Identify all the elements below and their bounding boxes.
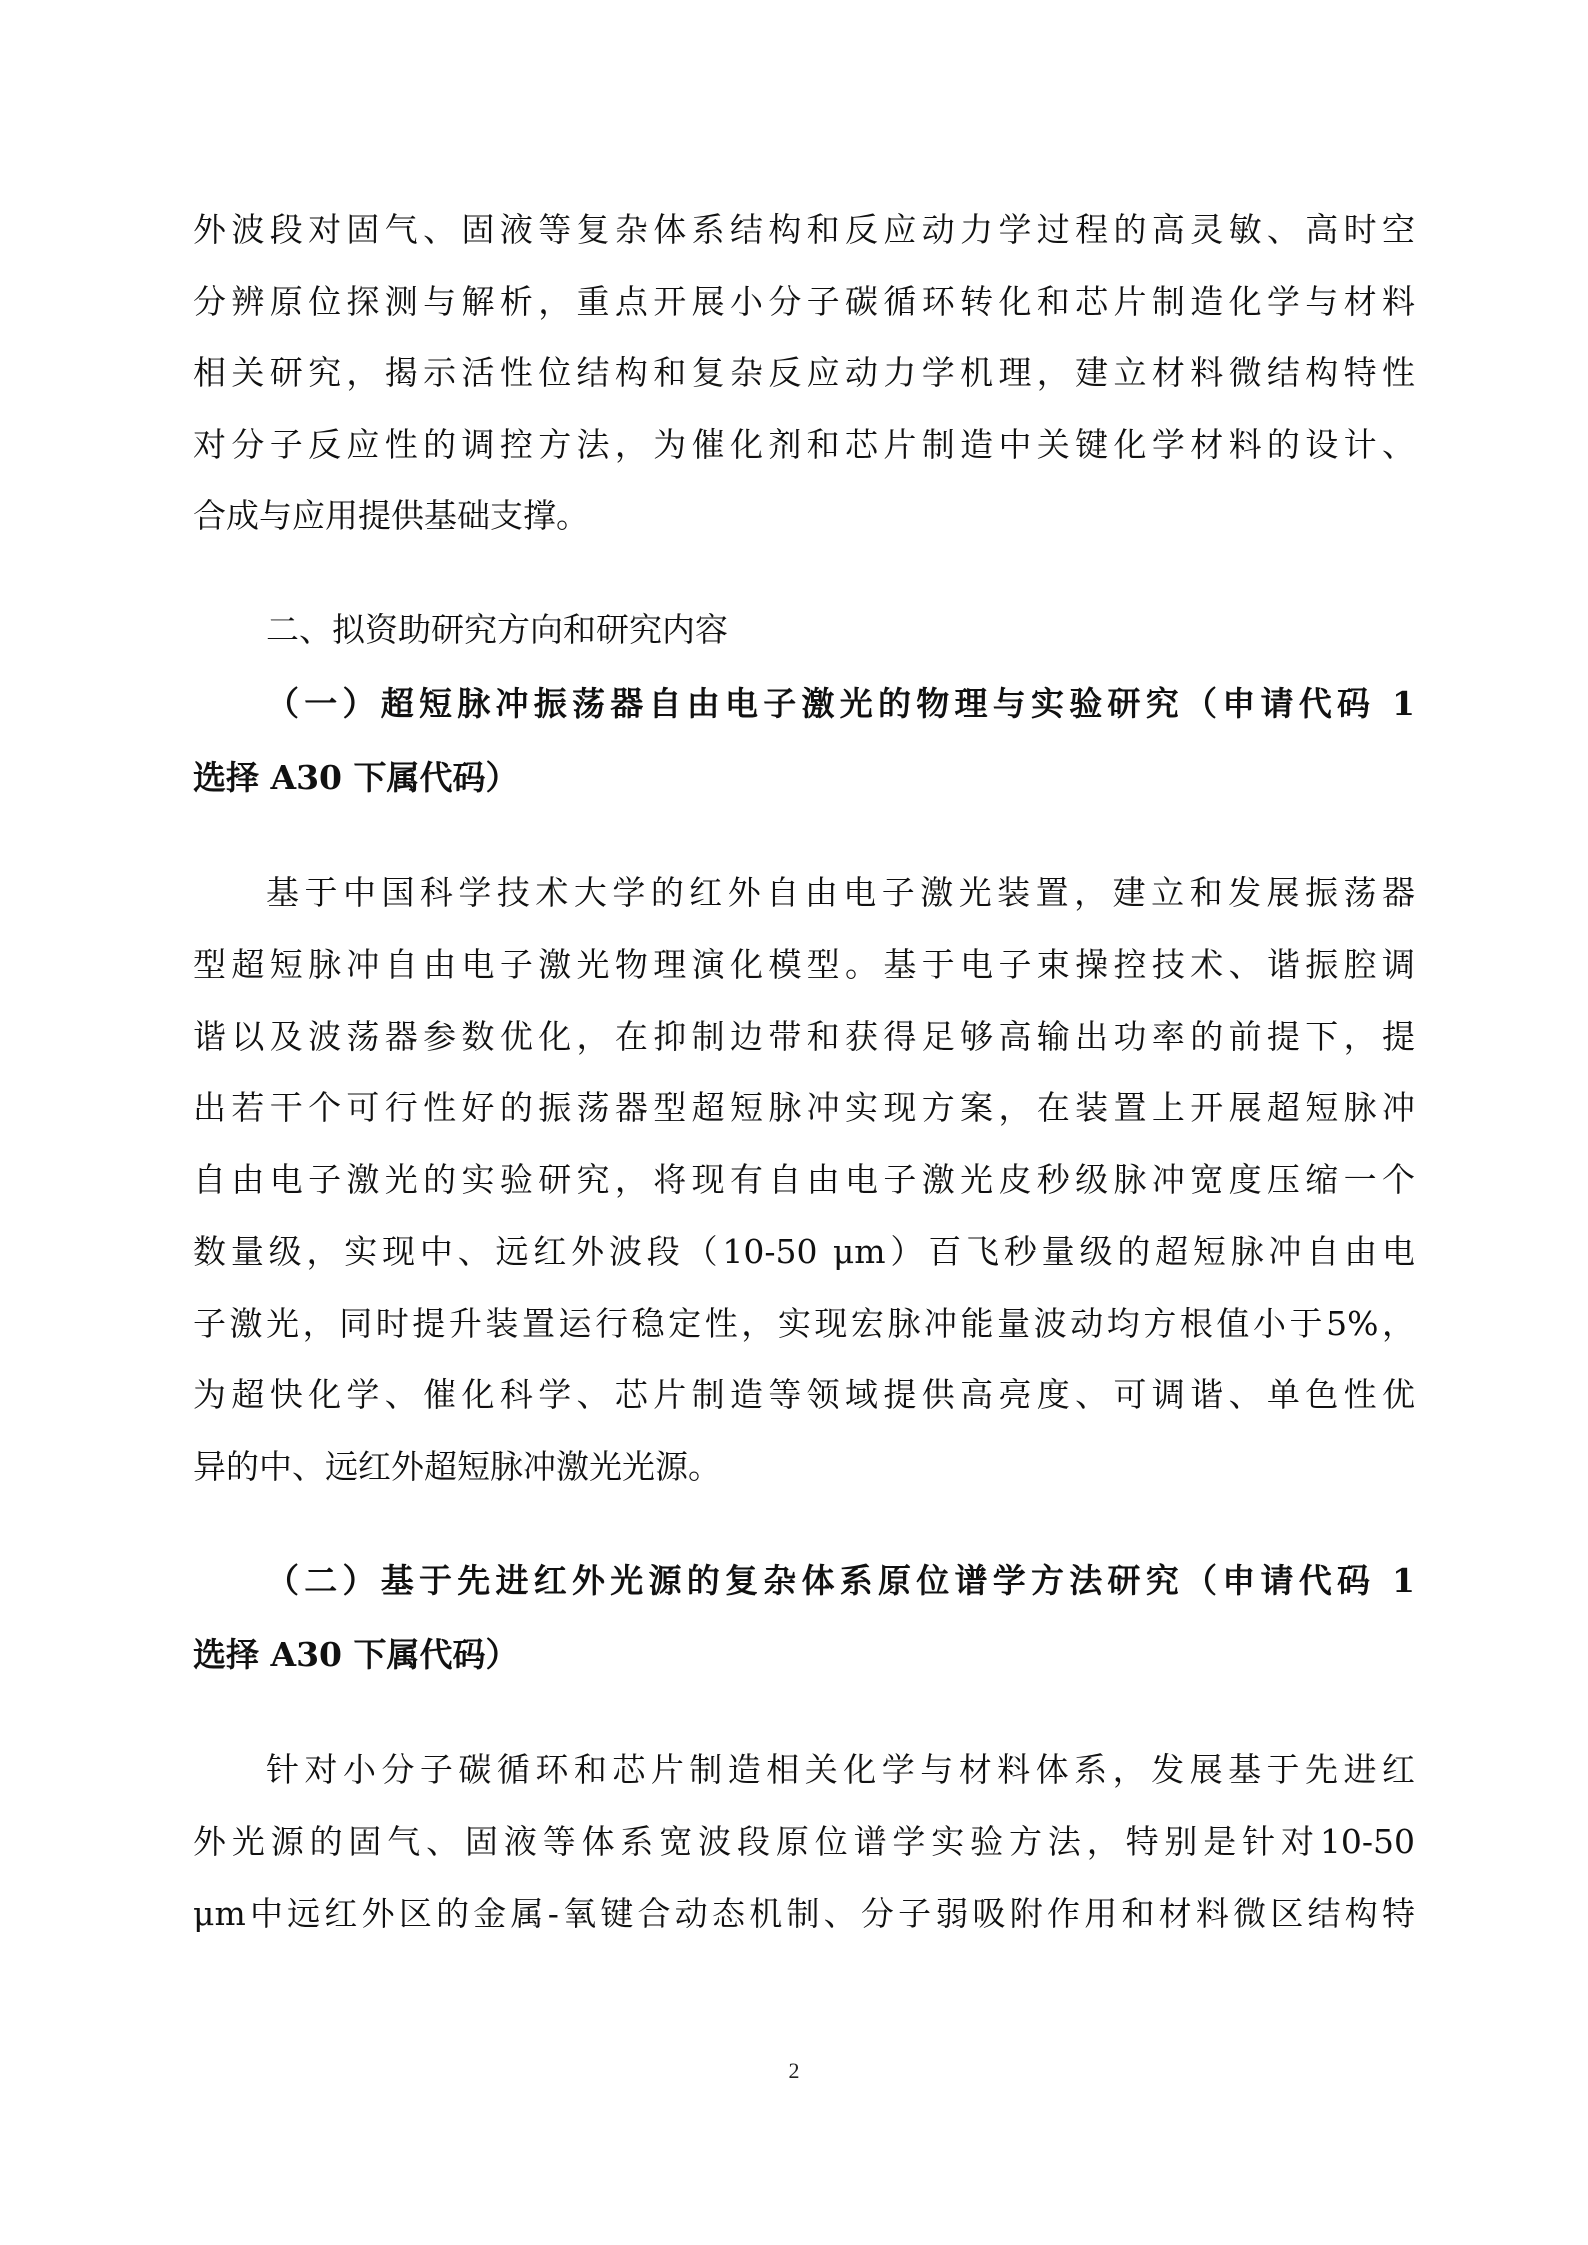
subsection-heading: 选择 A30 下属代码） [193, 754, 1415, 802]
body-line: 自由电子激光的实验研究，将现有自由电子激光皮秒级脉冲宽度压缩一个 [193, 1156, 1415, 1204]
body-line: 出若干个可行性好的振荡器型超短脉冲实现方案，在装置上开展超短脉冲 [193, 1084, 1415, 1132]
body-line: 合成与应用提供基础支撑。 [193, 492, 1415, 540]
body-line: 子激光，同时提升装置运行稳定性，实现宏脉冲能量波动均方根值小于5%， [193, 1300, 1415, 1348]
subsection-heading: （二）基于先进红外光源的复杂体系原位谱学方法研究（申请代码 1 [266, 1557, 1415, 1605]
document-page: 外波段对固气、固液等复杂体系结构和反应动力学过程的高灵敏、高时空 分辨原位探测与… [0, 0, 1588, 2245]
subsection-heading: 选择 A30 下属代码） [193, 1631, 1415, 1679]
body-line: 相关研究，揭示活性位结构和复杂反应动力学机理，建立材料微结构特性 [193, 349, 1415, 397]
body-line: 谐以及波荡器参数优化，在抑制边带和获得足够高输出功率的前提下，提 [193, 1013, 1415, 1061]
body-line: 外光源的固气、固液等体系宽波段原位谱学实验方法，特别是针对10-50 [193, 1818, 1415, 1866]
body-line: 型超短脉冲自由电子激光物理演化模型。基于电子束操控技术、谐振腔调 [193, 941, 1415, 989]
body-line: 为超快化学、催化科学、芯片制造等领域提供高亮度、可调谐、单色性优 [193, 1371, 1415, 1419]
body-line: 基于中国科学技术大学的红外自由电子激光装置，建立和发展振荡器 [266, 869, 1415, 917]
body-line: 异的中、远红外超短脉冲激光光源。 [193, 1443, 1415, 1491]
subsection-heading: （一）超短脉冲振荡器自由电子激光的物理与实验研究（申请代码 1 [266, 680, 1415, 728]
page-number: 2 [780, 2058, 808, 2084]
body-line: 针对小分子碳循环和芯片制造相关化学与材料体系，发展基于先进红 [266, 1746, 1415, 1794]
body-line: 对分子反应性的调控方法，为催化剂和芯片制造中关键化学材料的设计、 [193, 421, 1415, 469]
body-line: 数量级，实现中、远红外波段（10-50 μm）百飞秒量级的超短脉冲自由电 [193, 1228, 1415, 1276]
body-line: 外波段对固气、固液等复杂体系结构和反应动力学过程的高灵敏、高时空 [193, 206, 1415, 254]
body-line: 分辨原位探测与解析，重点开展小分子碳循环转化和芯片制造化学与材料 [193, 278, 1415, 326]
body-line: μm中远红外区的金属-氧键合动态机制、分子弱吸附作用和材料微区结构特 [193, 1890, 1415, 1938]
section-heading: 二、拟资助研究方向和研究内容 [266, 606, 1488, 654]
